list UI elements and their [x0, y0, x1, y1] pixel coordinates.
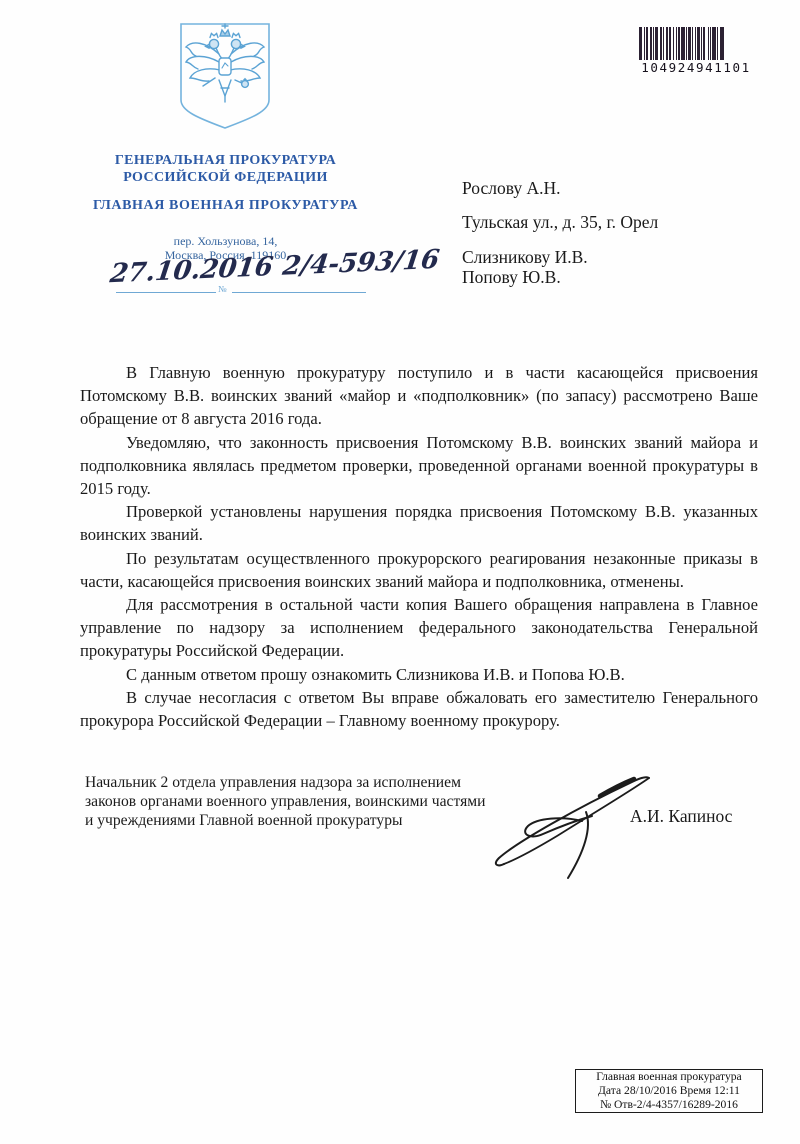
recipient-copy-1: Слизникову И.В.	[462, 247, 658, 267]
handwritten-date: 27.10.2016	[108, 252, 275, 289]
coat-of-arms-emblem	[175, 20, 275, 133]
body-paragraph: С данным ответом прошу ознакомить Слизни…	[80, 663, 758, 686]
handwritten-number: 2/4-593/16	[281, 245, 441, 282]
recipient-address: Тульская ул., д. 35, г. Орел	[462, 212, 658, 232]
number-sign: №	[218, 284, 227, 294]
body-paragraph: Уведомляю, что законность присвоения Пот…	[80, 431, 758, 501]
recipient-block: Рослову А.Н. Тульская ул., д. 35, г. Оре…	[462, 178, 658, 287]
signer-name: А.И. Капинос	[630, 806, 732, 827]
number-underline	[232, 291, 366, 293]
body-paragraph: В Главную военную прокуратуру поступило …	[80, 361, 758, 431]
body-paragraph: По результатам осуществленного прокурорс…	[80, 547, 758, 593]
barcode: 104924941101	[639, 27, 753, 74]
org-address-line1: пер. Хользунова, 14,	[78, 234, 373, 248]
handwritten-reference: 27.10.20162/4-593/16	[108, 245, 441, 290]
scanned-letter-page: ГЕНЕРАЛЬНАЯ ПРОКУРАТУРА РОССИЙСКОЙ ФЕДЕР…	[0, 0, 800, 1144]
body-paragraph: Проверкой установлены нарушения порядка …	[80, 500, 758, 546]
signature-scribble	[482, 766, 654, 881]
reference-line: № 27.10.20162/4-593/16	[106, 250, 396, 312]
body-paragraph: В случае несогласия с ответом Вы вправе …	[80, 686, 758, 732]
recipient-copy-2: Попову Ю.В.	[462, 267, 658, 287]
barcode-number: 104924941101	[639, 60, 753, 75]
recipient-name: Рослову А.Н.	[462, 178, 658, 198]
letterhead: ГЕНЕРАЛЬНАЯ ПРОКУРАТУРА РОССИЙСКОЙ ФЕДЕР…	[78, 152, 373, 262]
org-name-line1: ГЕНЕРАЛЬНАЯ ПРОКУРАТУРА	[78, 152, 373, 169]
stamp-date-time: Дата 28/10/2016 Время 12:11	[576, 1084, 762, 1098]
barcode-bars	[639, 27, 753, 60]
letter-body: В Главную военную прокуратуру поступило …	[80, 361, 758, 732]
body-paragraph: Для рассмотрения в остальной части копия…	[80, 593, 758, 663]
stamp-org: Главная военная прокуратура	[576, 1070, 762, 1084]
date-underline	[116, 291, 216, 293]
org-name-line3: ГЛАВНАЯ ВОЕННАЯ ПРОКУРАТУРА	[78, 197, 373, 214]
registration-stamp: Главная военная прокуратура Дата 28/10/2…	[575, 1069, 763, 1113]
stamp-number: № Отв-2/4-4357/16289-2016	[576, 1098, 762, 1112]
org-name-line2: РОССИЙСКОЙ ФЕДЕРАЦИИ	[78, 169, 373, 186]
